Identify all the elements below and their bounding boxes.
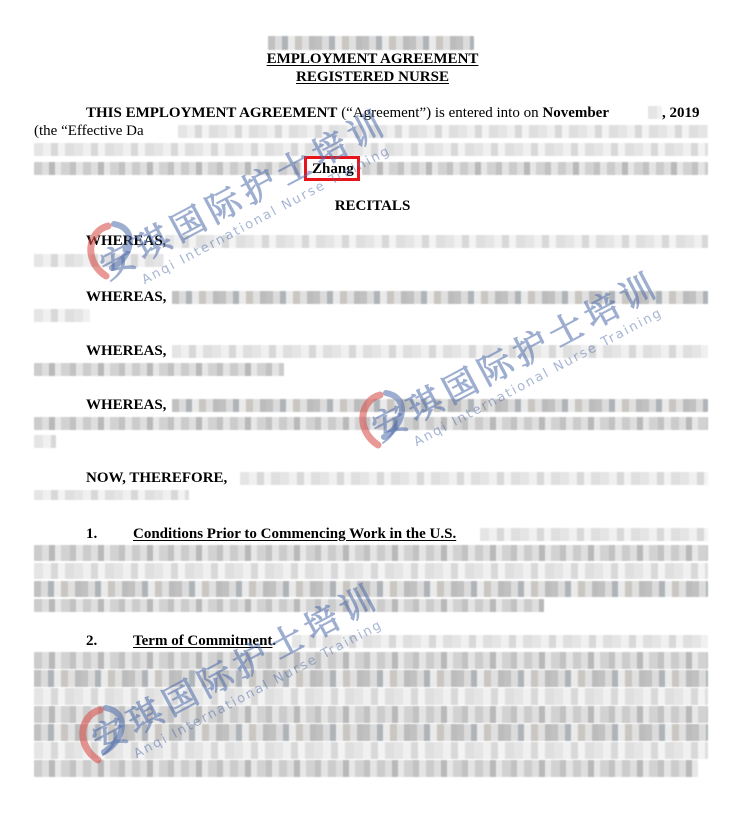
now-therefore: NOW, THEREFORE, bbox=[86, 469, 227, 487]
redacted-text bbox=[480, 528, 708, 541]
redacted-day bbox=[648, 106, 662, 119]
intro-middle: (“Agreement”) is entered into on bbox=[337, 105, 542, 121]
redacted-text bbox=[34, 599, 544, 612]
redacted-text bbox=[362, 162, 708, 175]
section-2-period: . bbox=[272, 633, 276, 649]
whereas-1: WHEREAS, bbox=[86, 232, 166, 250]
whereas-3: WHEREAS, bbox=[86, 342, 166, 360]
redacted-text bbox=[292, 635, 708, 648]
section-2-title: Term of Commitment bbox=[133, 633, 272, 649]
redacted-text bbox=[34, 581, 708, 597]
redacted-text bbox=[165, 235, 708, 248]
watermark-logo-icon bbox=[78, 216, 148, 286]
redacted-text bbox=[240, 472, 708, 485]
redacted-text bbox=[34, 760, 698, 777]
intro-line-2-start: (the “Effective Da bbox=[34, 122, 144, 140]
redacted-text bbox=[34, 706, 708, 723]
redacted-text bbox=[34, 670, 708, 687]
recitals-heading: RECITALS bbox=[0, 197, 745, 215]
redacted-text bbox=[172, 291, 708, 304]
intro-line-1: THIS EMPLOYMENT AGREEMENT (“Agreement”) … bbox=[86, 104, 706, 122]
redacted-text bbox=[172, 399, 708, 412]
redacted-text bbox=[172, 345, 708, 358]
redacted-text bbox=[34, 363, 284, 376]
watermark-text-2: 安琪国际护士培训 Anqi International Nurse Traini… bbox=[362, 257, 675, 464]
whereas-4: WHEREAS, bbox=[86, 396, 166, 414]
redacted-text bbox=[34, 417, 708, 430]
document-subtitle: REGISTERED NURSE bbox=[0, 68, 745, 86]
intro-lead: THIS EMPLOYMENT AGREEMENT bbox=[86, 105, 337, 121]
redacted-text bbox=[178, 125, 708, 138]
section-1-title: Conditions Prior to Commencing Work in t… bbox=[133, 525, 456, 543]
intro-month: November bbox=[542, 105, 609, 121]
employee-name: Zhang bbox=[312, 160, 354, 178]
redacted-text bbox=[34, 563, 708, 579]
redacted-text bbox=[34, 688, 708, 705]
redacted-text bbox=[34, 724, 708, 741]
section-1-number: 1. bbox=[86, 525, 97, 543]
redacted-text bbox=[34, 309, 90, 322]
whereas-2: WHEREAS, bbox=[86, 288, 166, 306]
document-title: EMPLOYMENT AGREEMENT bbox=[0, 50, 745, 68]
intro-year: , 2019 bbox=[662, 104, 700, 122]
section-2-number: 2. bbox=[86, 632, 97, 650]
redacted-text bbox=[34, 143, 708, 156]
redacted-text bbox=[34, 545, 708, 561]
redacted-text bbox=[34, 162, 302, 175]
redacted-text bbox=[34, 254, 164, 267]
redacted-header bbox=[268, 36, 474, 50]
redacted-text bbox=[34, 435, 56, 448]
redacted-text bbox=[34, 652, 708, 669]
section-2-title-wrap: Term of Commitment. bbox=[133, 632, 276, 650]
redacted-text bbox=[34, 742, 708, 759]
redacted-text bbox=[34, 490, 189, 500]
